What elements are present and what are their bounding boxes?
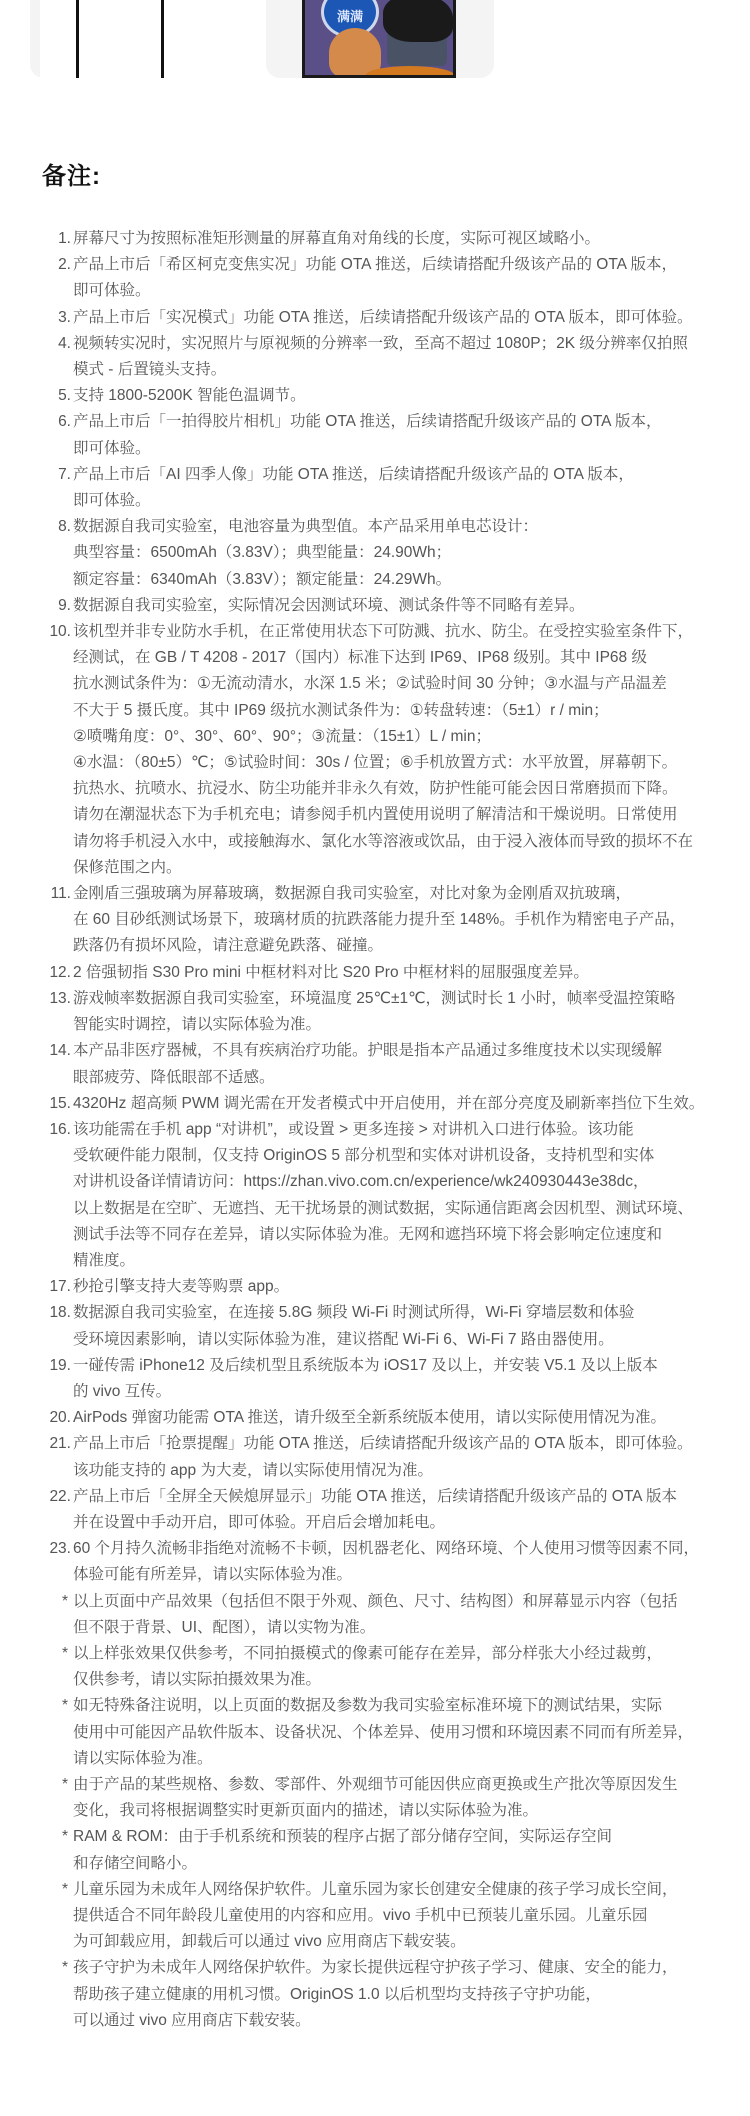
note-marker: 22. <box>0 1484 71 1510</box>
note-text-line: RAM & ROM：由于手机系统和预装的程序占据了部分储存空间，实际运存空间 <box>73 1824 736 1850</box>
note-marker: 11. <box>0 881 71 907</box>
note-item: 4.视频转实况时，实况照片与原视频的分辨率一致，至高不超过 1080P；2K 级… <box>0 331 750 383</box>
note-text-line: 提供适合不同年龄段儿童使用的内容和应用。vivo 手机中已预装儿童乐园。儿童乐园 <box>73 1903 736 1929</box>
note-text-line: 对讲机设备详情请访问：https://zhan.vivo.com.cn/expe… <box>73 1169 736 1195</box>
note-text-line: 数据源自我司实验室，在连接 5.8G 频段 Wi-Fi 时测试所得，Wi-Fi … <box>73 1300 736 1326</box>
note-text-line: 本产品非医疗器械，不具有疾病治疗功能。护眼是指本产品通过多维度技术以实现缓解 <box>73 1038 736 1064</box>
note-item: 5.支持 1800-5200K 智能色温调节。 <box>0 383 750 409</box>
note-text-line: 以上样张效果仅供参考，不同拍摄模式的像素可能存在差异，部分样张大小经过裁剪， <box>73 1641 736 1667</box>
note-text-line: 智能实时调控，请以实际体验为准。 <box>73 1012 736 1038</box>
footnote-item: *儿童乐园为未成年人网络保护软件。儿童乐园为家长创建安全健康的孩子学习成长空间，… <box>0 1877 750 1956</box>
note-text-line: 秒抢引擎支持大麦等购票 app。 <box>73 1274 736 1300</box>
note-text-line: 受软硬件能力限制，仅支持 OriginOS 5 部分机型和实体对讲机设备，支持机… <box>73 1143 736 1169</box>
footnote-item: *孩子守护为未成年人网络保护软件。为家长提供远程守护孩子学习、健康、安全的能力，… <box>0 1955 750 2034</box>
note-marker: 6. <box>0 409 71 435</box>
pumpkin-illustration <box>365 66 455 78</box>
note-text-line: 请勿在潮湿状态下为手机充电；请参阅手机内置使用说明了解清洁和干燥说明。日常使用 <box>73 802 736 828</box>
note-marker: * <box>0 1955 68 1981</box>
note-text-line: 产品上市后「全屏全天候熄屏显示」功能 OTA 推送，后续请搭配升级该产品的 OT… <box>73 1484 736 1510</box>
note-text-line: 帮助孩子建立健康的用机习惯。OriginOS 1.0 以后机型均支持孩子守护功能… <box>73 1982 736 2008</box>
note-text-line: 即可体验。 <box>73 488 736 514</box>
note-item: 10.该机型并非专业防水手机，在正常使用状态下可防溅、抗水、防尘。在受控实验室条… <box>0 619 750 881</box>
note-marker: 9. <box>0 593 71 619</box>
note-text-line: 在 60 目砂纸测试场景下，玻璃材质的抗跌落能力提升至 148%。手机作为精密电… <box>73 907 736 933</box>
note-text-line: 和存储空间略小。 <box>73 1851 736 1877</box>
note-marker: 14. <box>0 1038 71 1064</box>
note-text-line: 如无特殊备注说明，以上页面的数据及参数为我司实验室标准环境下的测试结果，实际 <box>73 1693 736 1719</box>
note-item: 1.屏幕尺寸为按照标准矩形测量的屏幕直角对角线的长度，实际可视区域略小。 <box>0 226 750 252</box>
note-marker: 3. <box>0 305 71 331</box>
note-item: 7.产品上市后「AI 四季人像」功能 OTA 推送，后续请搭配升级该产品的 OT… <box>0 462 750 514</box>
note-marker: * <box>0 1877 68 1903</box>
note-text-line: 请以实际体验为准。 <box>73 1746 736 1772</box>
note-item: 14.本产品非医疗器械，不具有疾病治疗功能。护眼是指本产品通过多维度技术以实现缓… <box>0 1038 750 1090</box>
note-marker: 8. <box>0 514 71 540</box>
note-text-line: 仅供参考，请以实际拍摄效果为准。 <box>73 1667 736 1693</box>
note-item: 6.产品上市后「一拍得胶片相机」功能 OTA 推送，后续请搭配升级该产品的 OT… <box>0 409 750 461</box>
note-marker: 18. <box>0 1300 71 1326</box>
note-text-line: 典型容量：6500mAh（3.83V）；典型能量：24.90Wh； <box>73 540 736 566</box>
note-text-line: 眼部疲劳、降低眼部不适感。 <box>73 1065 736 1091</box>
note-marker: * <box>0 1824 68 1850</box>
note-text-line: 模式 - 后置镜头支持。 <box>73 357 736 383</box>
note-item: 23.60 个月持久流畅非指绝对流畅不卡顿，因机器老化、网络环境、个人使用习惯等… <box>0 1536 750 1588</box>
note-text-line: 体验可能有所差异，请以实际体验为准。 <box>73 1562 736 1588</box>
note-item: 22.产品上市后「全屏全天候熄屏显示」功能 OTA 推送，后续请搭配升级该产品的… <box>0 1484 750 1536</box>
note-text-line: 60 个月持久流畅非指绝对流畅不卡顿，因机器老化、网络环境、个人使用习惯等因素不… <box>73 1536 736 1562</box>
note-text-line: 产品上市后「AI 四季人像」功能 OTA 推送，后续请搭配升级该产品的 OTA … <box>73 462 736 488</box>
note-item: 2.产品上市后「希区柯克变焦实况」功能 OTA 推送，后续请搭配升级该产品的 O… <box>0 252 750 304</box>
note-text-line: 2 倍强韧指 S30 Pro mini 中框材料对比 S20 Pro 中框材料的… <box>73 960 736 986</box>
note-text-line: 请勿将手机浸入水中，或接触海水、氯化水等溶液或饮品，由于浸入液体而导致的损坏不在 <box>73 829 736 855</box>
notes-list: 1.屏幕尺寸为按照标准矩形测量的屏幕直角对角线的长度，实际可视区域略小。2.产品… <box>0 226 750 2034</box>
note-text-line: 抗热水、抗喷水、抗浸水、防尘功能并非永久有效，防护性能可能会因日常磨损而下降。 <box>73 776 736 802</box>
note-text-line: 产品上市后「抢票提醒」功能 OTA 推送，后续请搭配升级该产品的 OTA 版本，… <box>73 1431 736 1457</box>
note-marker: 5. <box>0 383 71 409</box>
note-text-line: 即可体验。 <box>73 436 736 462</box>
note-text-line: 产品上市后「实况模式」功能 OTA 推送，后续请搭配升级该产品的 OTA 版本，… <box>73 305 736 331</box>
note-text-line: 精准度。 <box>73 1248 736 1274</box>
note-marker: 12. <box>0 960 71 986</box>
note-item: 8.数据源自我司实验室，电池容量为典型值。本产品采用单电芯设计：典型容量：650… <box>0 514 750 593</box>
note-text-line: 儿童乐园为未成年人网络保护软件。儿童乐园为家长创建安全健康的孩子学习成长空间， <box>73 1877 736 1903</box>
note-text-line: 保修范围之内。 <box>73 855 736 881</box>
note-marker: 23. <box>0 1536 71 1562</box>
note-text-line: 支持 1800-5200K 智能色温调节。 <box>73 383 736 409</box>
phone-outline-edge <box>161 0 164 78</box>
note-text-line: 但不限于背景、UI、配图），请以实物为准。 <box>73 1615 736 1641</box>
note-item: 21.产品上市后「抢票提醒」功能 OTA 推送，后续请搭配升级该产品的 OTA … <box>0 1431 750 1483</box>
note-text-line: 该机型并非专业防水手机，在正常使用状态下可防溅、抗水、防尘。在受控实验室条件下， <box>73 619 736 645</box>
footnote-item: *以上样张效果仅供参考，不同拍摄模式的像素可能存在差异，部分样张大小经过裁剪，仅… <box>0 1641 750 1693</box>
note-text-line: 该功能需在手机 app “对讲机”，或设置 > 更多连接 > 对讲机入口进行体验… <box>73 1117 736 1143</box>
note-text-line: 以上数据是在空旷、无遮挡、无干扰场景的测试数据，实际通信距离会因机型、测试环境、 <box>73 1196 736 1222</box>
note-marker: * <box>0 1693 68 1719</box>
note-item: 20.AirPods 弹窗功能需 OTA 推送，请升级至全新系统版本使用，请以实… <box>0 1405 750 1431</box>
note-text-line: 即可体验。 <box>73 278 736 304</box>
footnote-item: *RAM & ROM：由于手机系统和预装的程序占据了部分储存空间，实际运存空间和… <box>0 1824 750 1876</box>
note-text-line: 数据源自我司实验室，电池容量为典型值。本产品采用单电芯设计： <box>73 514 736 540</box>
bubble-text: 满满 <box>337 9 363 24</box>
note-item: 12.2 倍强韧指 S30 Pro mini 中框材料对比 S20 Pro 中框… <box>0 960 750 986</box>
note-text-line: 金刚盾三强玻璃为屏幕玻璃，数据源自我司实验室，对比对象为金刚盾双抗玻璃， <box>73 881 736 907</box>
note-marker: * <box>0 1589 68 1615</box>
note-marker: 7. <box>0 462 71 488</box>
note-marker: 13. <box>0 986 71 1012</box>
note-marker: 15. <box>0 1091 71 1117</box>
note-marker: 21. <box>0 1431 71 1457</box>
note-text-line: 可以通过 vivo 应用商店下载安装。 <box>73 2008 736 2034</box>
note-text-line: 跌落仍有损坏风险，请注意避免跌落、碰撞。 <box>73 933 736 959</box>
note-marker: 10. <box>0 619 71 645</box>
note-item: 18.数据源自我司实验室，在连接 5.8G 频段 Wi-Fi 时测试所得，Wi-… <box>0 1300 750 1352</box>
note-text-line: 测试手法等不同存在差异，请以实际体验为准。无网和遮挡环境下将会影响定位速度和 <box>73 1222 736 1248</box>
note-text-line: 使用中可能因产品软件版本、设备状况、个体差异、使用习惯和环境因素不同而有所差异， <box>73 1720 736 1746</box>
note-item: 17.秒抢引擎支持大麦等购票 app。 <box>0 1274 750 1300</box>
phone-outline-edge <box>76 0 79 78</box>
note-marker: 2. <box>0 252 71 278</box>
note-text-line: 经测试，在 GB / T 4208 - 2017（国内）标准下达到 IP69、I… <box>73 645 736 671</box>
note-text-line: 视频转实况时，实况照片与原视频的分辨率一致，至高不超过 1080P；2K 级分辨… <box>73 331 736 357</box>
note-item: 11.金刚盾三强玻璃为屏幕玻璃，数据源自我司实验室，对比对象为金刚盾双抗玻璃，在… <box>0 881 750 960</box>
footnote-item: *如无特殊备注说明，以上页面的数据及参数为我司实验室标准环境下的测试结果，实际使… <box>0 1693 750 1772</box>
note-text-line: 该功能支持的 app 为大麦，请以实际使用情况为准。 <box>73 1458 736 1484</box>
note-item: 16.该功能需在手机 app “对讲机”，或设置 > 更多连接 > 对讲机入口进… <box>0 1117 750 1274</box>
note-item: 13.游戏帧率数据源自我司实验室，环境温度 25℃±1℃，测试时长 1 小时，帧… <box>0 986 750 1038</box>
footnote-item: *由于产品的某些规格、参数、零部件、外观细节可能因供应商更换或生产批次等原因发生… <box>0 1772 750 1824</box>
note-text-line: 产品上市后「希区柯克变焦实况」功能 OTA 推送，后续请搭配升级该产品的 OTA… <box>73 252 736 278</box>
note-text-line: 抗水测试条件为：①无流动清水，水深 1.5 米；②试验时间 30 分钟；③水温与… <box>73 671 736 697</box>
notes-title: 备注: <box>42 156 101 191</box>
note-item: 3.产品上市后「实况模式」功能 OTA 推送，后续请搭配升级该产品的 OTA 版… <box>0 305 750 331</box>
note-marker: 17. <box>0 1274 71 1300</box>
note-text-line: 以上页面中产品效果（包括但不限于外观、颜色、尺寸、结构图）和屏幕显示内容（包括 <box>73 1589 736 1615</box>
note-marker: 19. <box>0 1353 71 1379</box>
note-marker: 4. <box>0 331 71 357</box>
note-marker: 20. <box>0 1405 71 1431</box>
note-text-line: 不大于 5 摄氏度。其中 IP69 级抗水测试条件为：①转盘转速：（5±1）r … <box>73 698 736 724</box>
note-text-line: 变化，我司将根据调整实时更新页面内的描述，请以实际体验为准。 <box>73 1798 736 1824</box>
note-item: 19.一碰传需 iPhone12 及后续机型且系统版本为 iOS17 及以上，并… <box>0 1353 750 1405</box>
note-text-line: 受环境因素影响，请以实际体验为准，建议搭配 Wi-Fi 6、Wi-Fi 7 路由… <box>73 1327 736 1353</box>
note-text-line: 额定容量：6340mAh（3.83V）；额定能量：24.29Wh。 <box>73 567 736 593</box>
note-text-line: 孩子守护为未成年人网络保护软件。为家长提供远程守护孩子学习、健康、安全的能力， <box>73 1955 736 1981</box>
note-item: 9.数据源自我司实验室，实际情况会因测试环境、测试条件等不同略有差异。 <box>0 593 750 619</box>
note-text-line: 屏幕尺寸为按照标准矩形测量的屏幕直角对角线的长度，实际可视区域略小。 <box>73 226 736 252</box>
note-text-line: 的 vivo 互传。 <box>73 1379 736 1405</box>
note-text-line: 数据源自我司实验室，实际情况会因测试环境、测试条件等不同略有差异。 <box>73 593 736 619</box>
note-text-line: 4320Hz 超高频 PWM 调光需在开发者模式中开启使用，并在部分亮度及刷新率… <box>73 1091 736 1117</box>
black-cat-illustration <box>383 0 453 42</box>
product-image-gallery: 满满 <box>0 0 750 80</box>
gallery-card-left-image <box>40 0 260 78</box>
note-text-line: 为可卸载应用，卸载后可以通过 vivo 应用商店下载安装。 <box>73 1929 736 1955</box>
note-text-line: 产品上市后「一拍得胶片相机」功能 OTA 推送，后续请搭配升级该产品的 OTA … <box>73 409 736 435</box>
note-text-line: ②喷嘴角度：0°、30°、60°、90°；③流量：（15±1）L / min； <box>73 724 736 750</box>
note-text-line: AirPods 弹窗功能需 OTA 推送，请升级至全新系统版本使用，请以实际使用… <box>73 1405 736 1431</box>
note-marker: 16. <box>0 1117 71 1143</box>
note-item: 15.4320Hz 超高频 PWM 调光需在开发者模式中开启使用，并在部分亮度及… <box>0 1091 750 1117</box>
note-marker: * <box>0 1641 68 1667</box>
note-text-line: ④水温：（80±5）℃；⑤试验时间：30s / 位置；⑥手机放置方式：水平放置，… <box>73 750 736 776</box>
note-text-line: 游戏帧率数据源自我司实验室，环境温度 25℃±1℃，测试时长 1 小时，帧率受温… <box>73 986 736 1012</box>
footnote-item: *以上页面中产品效果（包括但不限于外观、颜色、尺寸、结构图）和屏幕显示内容（包括… <box>0 1589 750 1641</box>
note-text-line: 并在设置中手动开启，即可体验。开启后会增加耗电。 <box>73 1510 736 1536</box>
note-text-line: 一碰传需 iPhone12 及后续机型且系统版本为 iOS17 及以上，并安装 … <box>73 1353 736 1379</box>
note-marker: 1. <box>0 226 71 252</box>
note-text-line: 由于产品的某些规格、参数、零部件、外观细节可能因供应商更换或生产批次等原因发生 <box>73 1772 736 1798</box>
phone-screen-image: 满满 <box>302 0 456 78</box>
note-marker: * <box>0 1772 68 1798</box>
